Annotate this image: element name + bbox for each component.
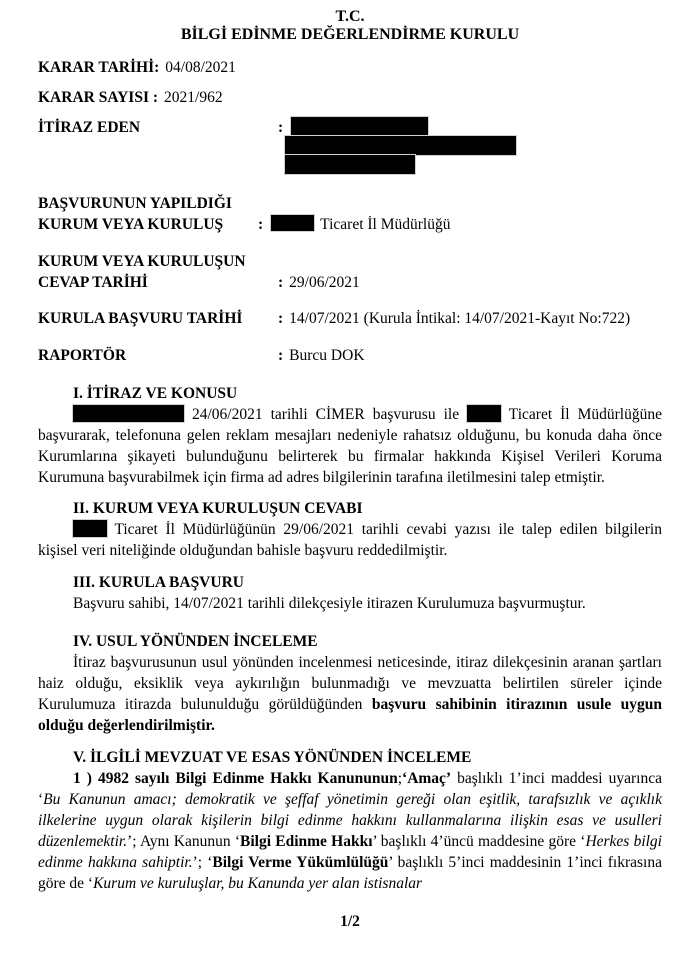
section-paragraph: 1 ) 4982 sayılı Bilgi Edinme Hakkı Kanun… xyxy=(38,768,662,894)
redaction-box xyxy=(73,520,107,537)
text-segment: Bilgi Edinme Hakkı xyxy=(240,833,373,850)
redaction-box xyxy=(271,215,314,231)
section-itiraz-ve-konusu: I. İTİRAZ VE KONUSU 24/06/2021 tarihli C… xyxy=(38,383,662,488)
text-segment: Başvuru sahibi, 14/07/2021 tarihli dilek… xyxy=(73,595,586,612)
institution-reply-date-label: KURUM VEYA KURULUŞUN CEVAP TARİHİ xyxy=(38,251,278,293)
decision-number-value: 2021/962 xyxy=(164,89,223,106)
section-paragraph: İtiraz başvurusunun usul yönünden incele… xyxy=(38,652,662,736)
text-segment: Ticaret İl Müdürlüğünün 29/06/2021 tarih… xyxy=(38,521,662,559)
redaction-box xyxy=(73,405,184,422)
decision-date-value: 04/08/2021 xyxy=(165,59,236,76)
rapporteur-value: Burcu DOK xyxy=(289,347,364,364)
text-segment: 24/06/2021 tarihli CİMER başvurusu ile xyxy=(184,406,467,423)
applied-institution-value: Ticaret İl Müdürlüğü xyxy=(320,216,450,233)
institution-reply-date-value: 29/06/2021 xyxy=(289,274,360,291)
board-application-date-label: KURULA BAŞVURU TARİHİ xyxy=(38,308,278,329)
applied-institution-value-wrap: :Ticaret İl Müdürlüğü xyxy=(258,214,450,235)
appellant-row: İTİRAZ EDEN : xyxy=(38,117,662,174)
section-kurula-basvuru: III. KURULA BAŞVURU Başvuru sahibi, 14/0… xyxy=(38,572,662,614)
redaction-box xyxy=(285,155,415,174)
institution-reply-date-colon: : xyxy=(278,274,283,291)
decision-date-row: KARAR TARİHİ:04/08/2021 xyxy=(38,57,662,78)
text-segment: Kurum ve kuruluşlar, bu Kanunda yer alan… xyxy=(93,875,422,892)
section-title: I. İTİRAZ VE KONUSU xyxy=(73,383,662,404)
document-page: T.C. BİLGİ EDİNME DEĞERLENDİRME KURULU K… xyxy=(0,0,700,964)
section-paragraph: 24/06/2021 tarihli CİMER başvurusu ile T… xyxy=(38,404,662,488)
text-segment: ’ başlıklı 4’üncü maddesine göre ‘ xyxy=(373,833,586,850)
applied-institution-row: BAŞVURUNUN YAPILDIĞI KURUM VEYA KURULUŞ … xyxy=(38,193,662,235)
rapporteur-label: RAPORTÖR xyxy=(38,345,278,366)
appellant-label: İTİRAZ EDEN xyxy=(38,117,278,138)
section-paragraph: Başvuru sahibi, 14/07/2021 tarihli dilek… xyxy=(38,593,662,614)
text-segment: 1 ) 4982 sayılı Bilgi Edinme Hakkı Kanun… xyxy=(73,770,398,787)
decision-number-label: KARAR SAYISI : xyxy=(38,89,158,106)
decision-date-label: KARAR TARİHİ: xyxy=(38,59,159,76)
institution-reply-date-row: KURUM VEYA KURULUŞUN CEVAP TARİHİ :29/06… xyxy=(38,251,662,293)
institution-reply-date-value-wrap: :29/06/2021 xyxy=(278,272,360,293)
appellant-redaction-block xyxy=(285,117,516,174)
redaction-box xyxy=(285,136,516,155)
rapporteur-row: RAPORTÖR :Burcu DOK xyxy=(38,345,662,366)
text-segment: Bilgi Verme Yükümlülüğü xyxy=(212,854,388,871)
section-ilgili-mevzuat: V. İLGİLİ MEVZUAT VE ESAS YÖNÜNDEN İNCEL… xyxy=(38,747,662,894)
board-application-date-row: KURULA BAŞVURU TARİHİ :14/07/2021 (Kurul… xyxy=(38,308,662,329)
appellant-colon: : xyxy=(278,117,283,138)
decision-meta: KARAR TARİHİ:04/08/2021 KARAR SAYISI :20… xyxy=(38,57,662,366)
page-number: 1/2 xyxy=(38,911,662,932)
section-title: IV. USUL YÖNÜNDEN İNCELEME xyxy=(73,631,662,652)
section-title: II. KURUM VEYA KURULUŞUN CEVABI xyxy=(73,498,662,519)
document-header: T.C. BİLGİ EDİNME DEĞERLENDİRME KURULU xyxy=(38,8,662,44)
section-title: III. KURULA BAŞVURU xyxy=(73,572,662,593)
rapporteur-value-wrap: :Burcu DOK xyxy=(278,345,365,366)
board-application-date-colon: : xyxy=(278,310,283,327)
section-usul-yonunden-inceleme: IV. USUL YÖNÜNDEN İNCELEME İtiraz başvur… xyxy=(38,631,662,736)
republic-title: T.C. xyxy=(38,8,662,26)
rapporteur-colon: : xyxy=(278,347,283,364)
board-application-date-value-wrap: :14/07/2021 (Kurula İntikal: 14/07/2021-… xyxy=(278,308,630,329)
redaction-box xyxy=(467,405,501,422)
decision-number-row: KARAR SAYISI :2021/962 xyxy=(38,87,662,108)
text-segment: ’; ‘ xyxy=(193,854,213,871)
section-title: V. İLGİLİ MEVZUAT VE ESAS YÖNÜNDEN İNCEL… xyxy=(73,747,662,768)
section-paragraph: Ticaret İl Müdürlüğünün 29/06/2021 tarih… xyxy=(38,519,662,561)
board-application-date-value: 14/07/2021 (Kurula İntikal: 14/07/2021-K… xyxy=(289,310,630,327)
board-title: BİLGİ EDİNME DEĞERLENDİRME KURULU xyxy=(38,26,662,44)
text-segment: ‘Amaç’ xyxy=(402,770,451,787)
redaction-box xyxy=(291,117,428,136)
section-kurum-cevabi: II. KURUM VEYA KURULUŞUN CEVABI Ticaret … xyxy=(38,498,662,561)
applied-institution-label: BAŞVURUNUN YAPILDIĞI KURUM VEYA KURULUŞ xyxy=(38,193,258,235)
applied-institution-colon: : xyxy=(258,216,263,233)
text-segment: ’; Aynı Kanunun ‘ xyxy=(127,833,240,850)
